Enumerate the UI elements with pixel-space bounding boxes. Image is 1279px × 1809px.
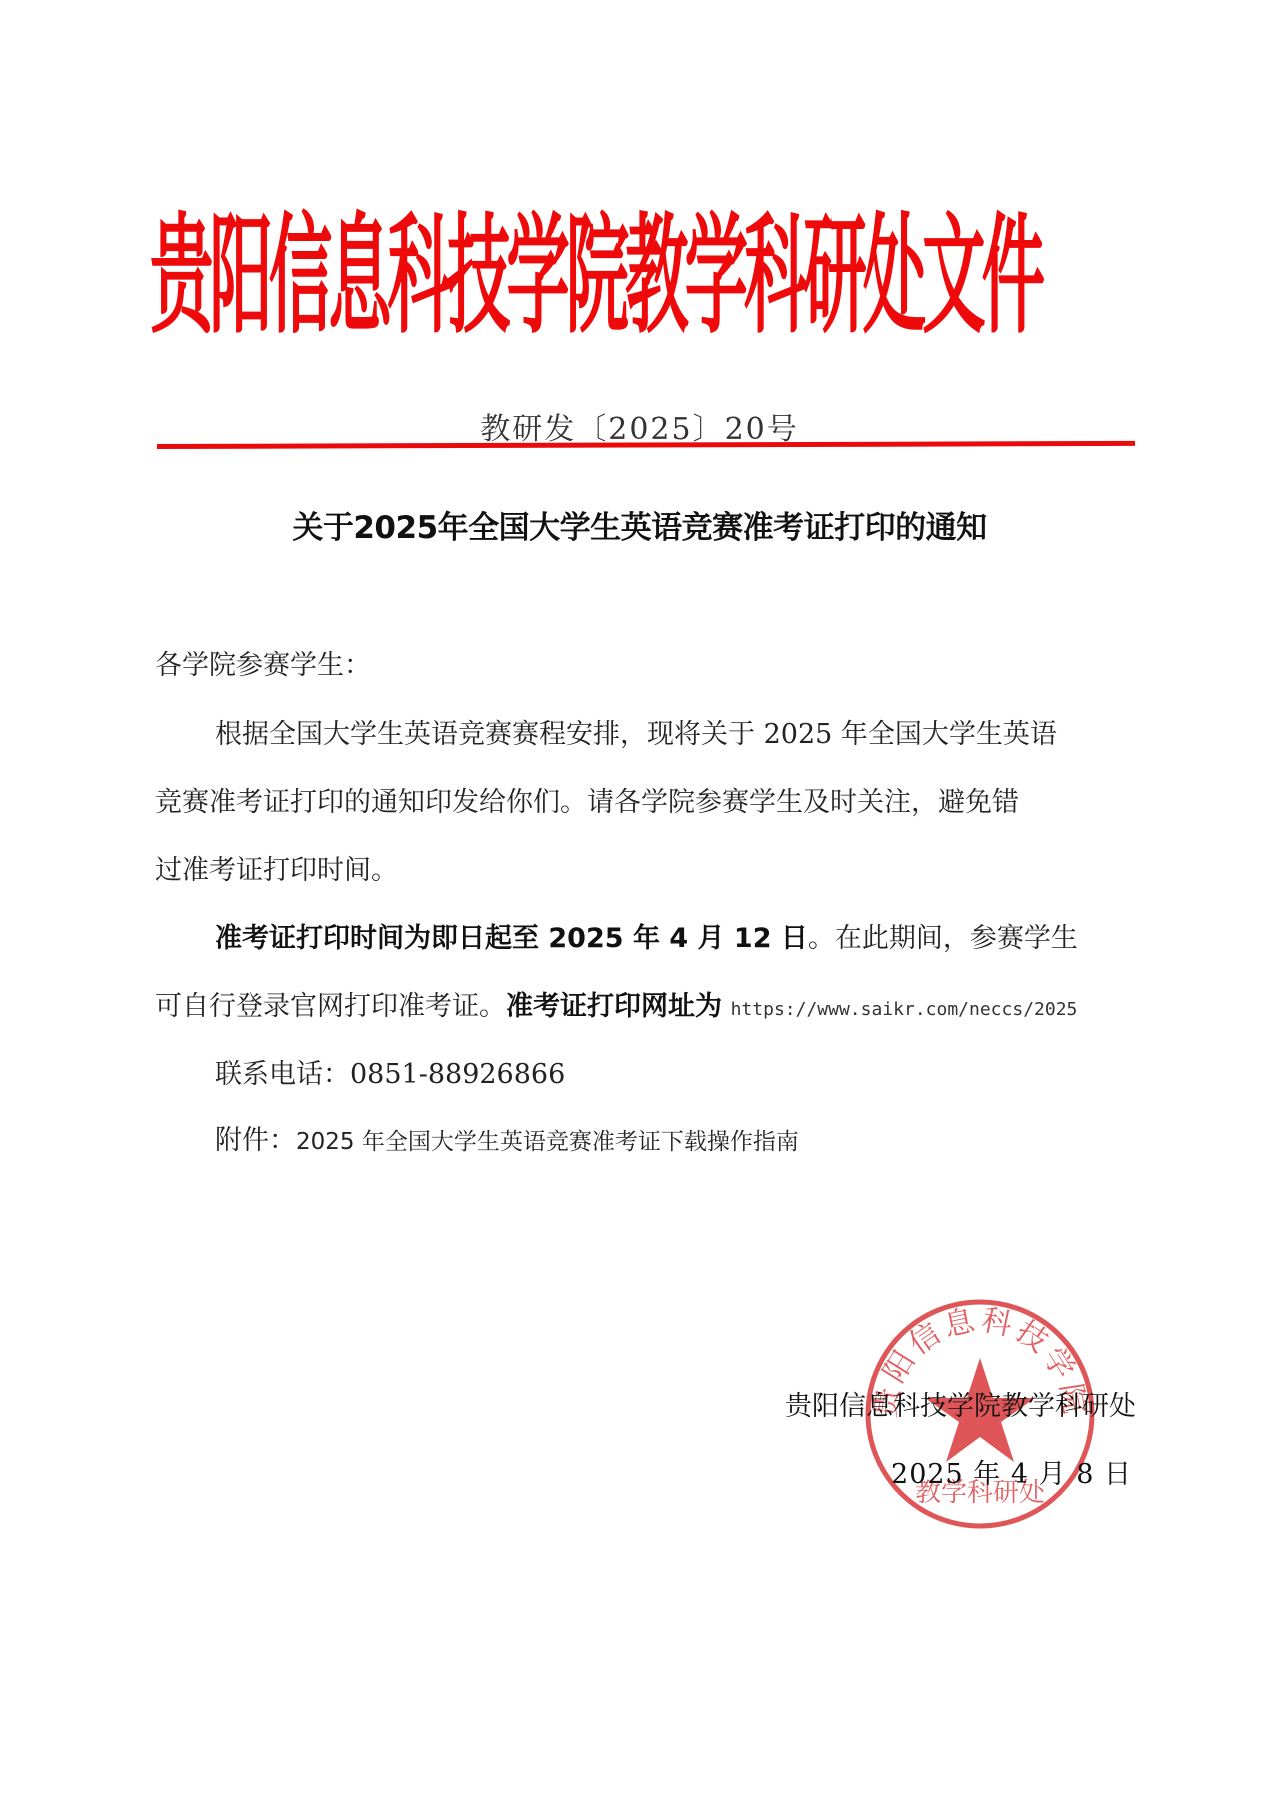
attachment-title: 2025 年全国大学生英语竞赛准考证下载操作指南 (296, 1129, 799, 1155)
salutation: 各学院参赛学生： (155, 643, 371, 682)
contact-line: 联系电话：0851-88926866 (215, 1052, 565, 1091)
contact-label: 联系电话： (215, 1059, 350, 1090)
print-period-bold: 准考证打印时间为即日起至 2025 年 4 月 12 日 (215, 923, 808, 954)
contact-phone: 0851-88926866 (350, 1059, 565, 1090)
attachment-line: 附件：2025 年全国大学生英语竞赛准考证下载操作指南 (215, 1118, 799, 1157)
signature-date: 2025 年 4 月 8 日 (891, 1452, 1132, 1491)
paragraph1-line3: 过准考证打印时间。 (155, 848, 398, 887)
notice-title: 关于2025年全国大学生英语竞赛准考证打印的通知 (0, 502, 1279, 547)
paragraph1-line1: 根据全国大学生英语竞赛赛程安排，现将关于 2025 年全国大学生英语 (215, 712, 1057, 751)
signature-org: 贵阳信息科技学院教学科研处 (785, 1384, 1136, 1423)
paragraph1-line2: 竞赛准考证打印的通知印发给你们。请各学院参赛学生及时关注，避免错 (155, 780, 1019, 819)
attachment-label: 附件： (215, 1125, 296, 1156)
login-instruction: 可自行登录官网打印准考证。 (155, 991, 506, 1022)
document-header-title: 贵阳信息科技学院教学科研处文件 (150, 168, 777, 384)
paragraph2-line1: 准考证打印时间为即日起至 2025 年 4 月 12 日。在此期间，参赛学生 (215, 916, 1078, 955)
print-period-rest: 。在此期间，参赛学生 (808, 923, 1078, 954)
print-url-link[interactable]: https://www.saikr.com/neccs/2025 (731, 999, 1078, 1020)
url-label: 准考证打印网址为 (506, 991, 722, 1022)
paragraph2-line2: 可自行登录官网打印准考证。准考证打印网址为 https://www.saikr.… (155, 984, 1077, 1023)
